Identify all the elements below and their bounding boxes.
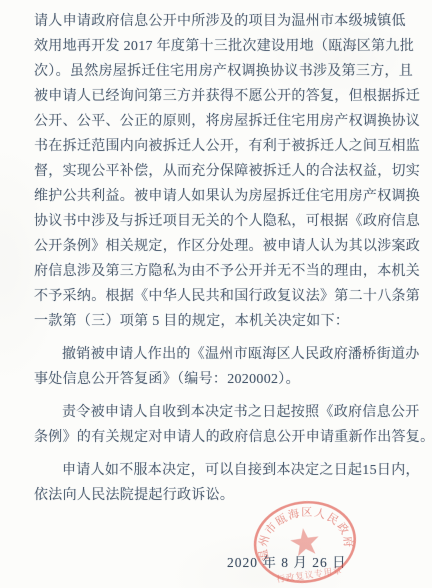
document-line: 公开条例》相关规定，作区分处理。被申请人认为其以涉案政 <box>34 234 401 259</box>
document-line: 书在拆迁范围内向被拆迁人公开，有利于被拆迁人之间互相监 <box>34 134 401 159</box>
document-line: 责令被申请人自收到本决定书之日起按照《政府信息公开 <box>34 400 401 425</box>
document-line: 撤销被申请人作出的《温州市瓯海区人民政府潘桥街道办 <box>34 342 401 367</box>
document-line: 被申请人已经询问第三方并获得不愿公开的答复，但根据拆迁 <box>34 84 401 109</box>
document-line: 次）。虽然房屋拆迁住宅用房产权调换协议书涉及第三方，且 <box>34 59 401 84</box>
document-line: 事处信息公开答复函》（编号：2020002）。 <box>34 367 401 392</box>
document-line: 不予采纳。根据《中华人民共和国行政复议法》第二十八条第 <box>34 284 401 309</box>
document-line: 协议书中涉及与拆迁项目无关的个人隐私，可根据《政府信息 <box>34 209 401 234</box>
official-seal: 温州市瓯海区人民政府 行政复议专用章 <box>243 490 367 588</box>
document-line: 请人申请政府信息公开中所涉及的项目为温州市本级城镇低 <box>34 9 401 34</box>
document-line: 府信息涉及第三方隐私为由不予公开并无不当的理由，本机关 <box>34 259 401 284</box>
document-line: 效用地再开发 2017 年度第十三批次建设用地（瓯海区第九批 <box>34 34 401 59</box>
document-line: 申请人如不服本决定，可以自接到本决定之日起15日内， <box>34 458 401 483</box>
document-line: 公开、公平、公正的原则，将房屋拆迁住宅用房产权调换协议 <box>34 109 401 134</box>
document-line: 一款第（三）项第 5 目的规定，本机关决定如下： <box>34 309 401 334</box>
seal-star-icon <box>289 526 321 557</box>
document-line: 条例》的有关规定对申请人的政府信息公开申请重新作出答复。 <box>34 425 401 450</box>
document-line: 督，实现公平补偿，从而充分保障被拆迁人的合法权益，切实 <box>34 159 401 184</box>
document-line: 维护公共利益。被申请人如果认为房屋拆迁住宅用房产权调换 <box>34 184 401 209</box>
scanned-document-page: 请人申请政府信息公开中所涉及的项目为温州市本级城镇低效用地再开发 2017 年度… <box>0 0 432 588</box>
document-body: 请人申请政府信息公开中所涉及的项目为温州市本级城镇低效用地再开发 2017 年度… <box>34 9 401 508</box>
